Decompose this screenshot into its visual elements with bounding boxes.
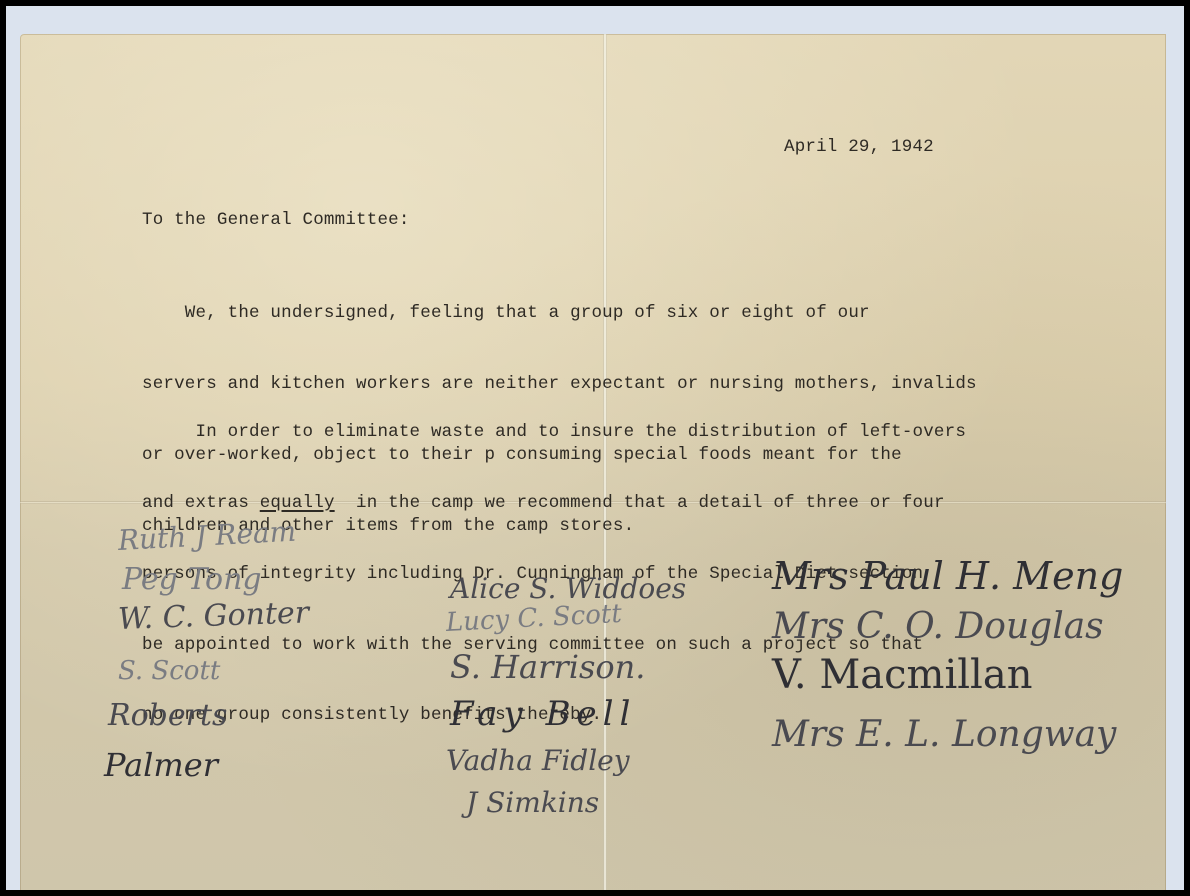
text-segment: and extras — [142, 493, 260, 513]
signature: Fay Bell — [450, 694, 636, 734]
signature: Palmer — [104, 746, 218, 784]
signature: Roberts — [108, 698, 227, 733]
signature: Peg Tong — [122, 562, 262, 597]
signature: Vadha Fidley — [446, 744, 630, 777]
underlined-word-equally: equally — [260, 493, 335, 513]
signature: Mrs E. L. Longway — [772, 714, 1116, 755]
paragraph-2-line: In order to eliminate waste and to insur… — [142, 421, 966, 445]
text-segment: in the camp we recommend that a detail o… — [335, 493, 945, 513]
signature: Mrs Paul H. Meng — [772, 554, 1123, 598]
signature: Alice S. Widdoes — [450, 572, 686, 605]
signature: Mrs C. O. Douglas — [772, 606, 1104, 647]
signature: J Simkins — [466, 786, 599, 819]
paragraph-2-line: and extras equally in the camp we recomm… — [142, 492, 966, 516]
paragraph-1-line: We, the undersigned, feeling that a grou… — [142, 302, 977, 326]
signature: S. Harrison. — [450, 648, 645, 686]
signature: V. Macmillan — [772, 652, 1032, 698]
signature: W. C. Gonter — [117, 595, 309, 637]
photo-backdrop: April 29, 1942 To the General Committee:… — [6, 6, 1184, 890]
signature: S. Scott — [118, 656, 220, 686]
letter-date: April 29, 1942 — [784, 137, 934, 157]
letter-salutation: To the General Committee: — [142, 210, 410, 230]
